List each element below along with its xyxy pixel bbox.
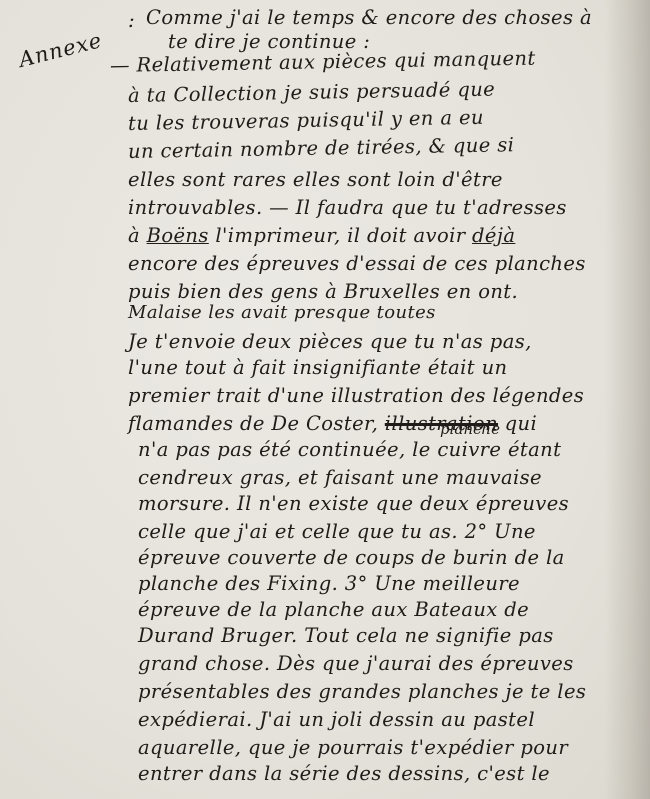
margin-colon: : bbox=[128, 8, 135, 32]
text-line: morsure. Il n'en existe que deux épreuve… bbox=[138, 492, 569, 515]
text-line: Comme j'ai le temps & encore des choses … bbox=[146, 6, 592, 29]
text-line-underlined: à Boëns l'imprimeur, il doit avoir déjà bbox=[128, 224, 515, 247]
text-fragment: flamandes de De Coster, bbox=[128, 412, 385, 435]
text-line: encore des épreuves d'essai de ces planc… bbox=[128, 252, 586, 275]
text-line: Je t'envoie deux pièces que tu n'as pas, bbox=[128, 330, 532, 353]
text-line: introuvables. — Il faudra que tu t'adres… bbox=[128, 196, 567, 219]
text-line: expédierai. J'ai un joli dessin au paste… bbox=[138, 708, 535, 731]
text-line: cendreux gras, et faisant une mauvaise bbox=[138, 466, 542, 489]
text-line: aquarelle, que je pourrais t'expédier po… bbox=[138, 736, 568, 759]
underlined-word: déjà bbox=[472, 224, 515, 247]
inserted-word: planche bbox=[440, 420, 500, 438]
text-line: premier trait d'une illustration des lég… bbox=[128, 384, 584, 407]
underlined-word: Boëns bbox=[147, 224, 209, 247]
text-line: elles sont rares elles sont loin d'être bbox=[128, 168, 503, 191]
text-line: Durand Bruger. Tout cela ne signifie pas bbox=[138, 624, 554, 647]
text-line: n'a pas pas été continuée, le cuivre éta… bbox=[138, 438, 561, 461]
margin-annotation: Annexe bbox=[16, 28, 104, 72]
text-line: présentables des grandes planches je te … bbox=[138, 680, 586, 703]
text-line: tu les trouveras puisqu'il y en a eu bbox=[128, 106, 484, 135]
text-fragment: l'imprimeur, il doit avoir bbox=[209, 224, 472, 247]
text-line: Malaise les avait presque toutes bbox=[128, 302, 436, 323]
manuscript-page: Annexe : Comme j'ai le temps & encore de… bbox=[0, 0, 650, 799]
text-line: un certain nombre de tirées, & que si bbox=[128, 133, 515, 163]
text-fragment: à bbox=[128, 224, 147, 247]
text-line: à ta Collection je suis persuadé que bbox=[128, 78, 496, 107]
text-line: épreuve couverte de coups de burin de la bbox=[138, 546, 565, 569]
text-line: celle que j'ai et celle que tu as. 2° Un… bbox=[138, 520, 536, 543]
text-line: épreuve de la planche aux Bateaux de bbox=[138, 598, 529, 621]
text-line: grand chose. Dès que j'aurai des épreuve… bbox=[138, 652, 574, 675]
text-line: l'une tout à fait insignifiante était un bbox=[128, 356, 507, 379]
text-line: planche des Fixing. 3° Une meilleure bbox=[138, 572, 520, 595]
text-line: entrer dans la série des dessins, c'est … bbox=[138, 762, 550, 785]
text-line: puis bien des gens à Bruxelles en ont. bbox=[128, 280, 518, 303]
text-fragment: qui bbox=[498, 412, 537, 435]
